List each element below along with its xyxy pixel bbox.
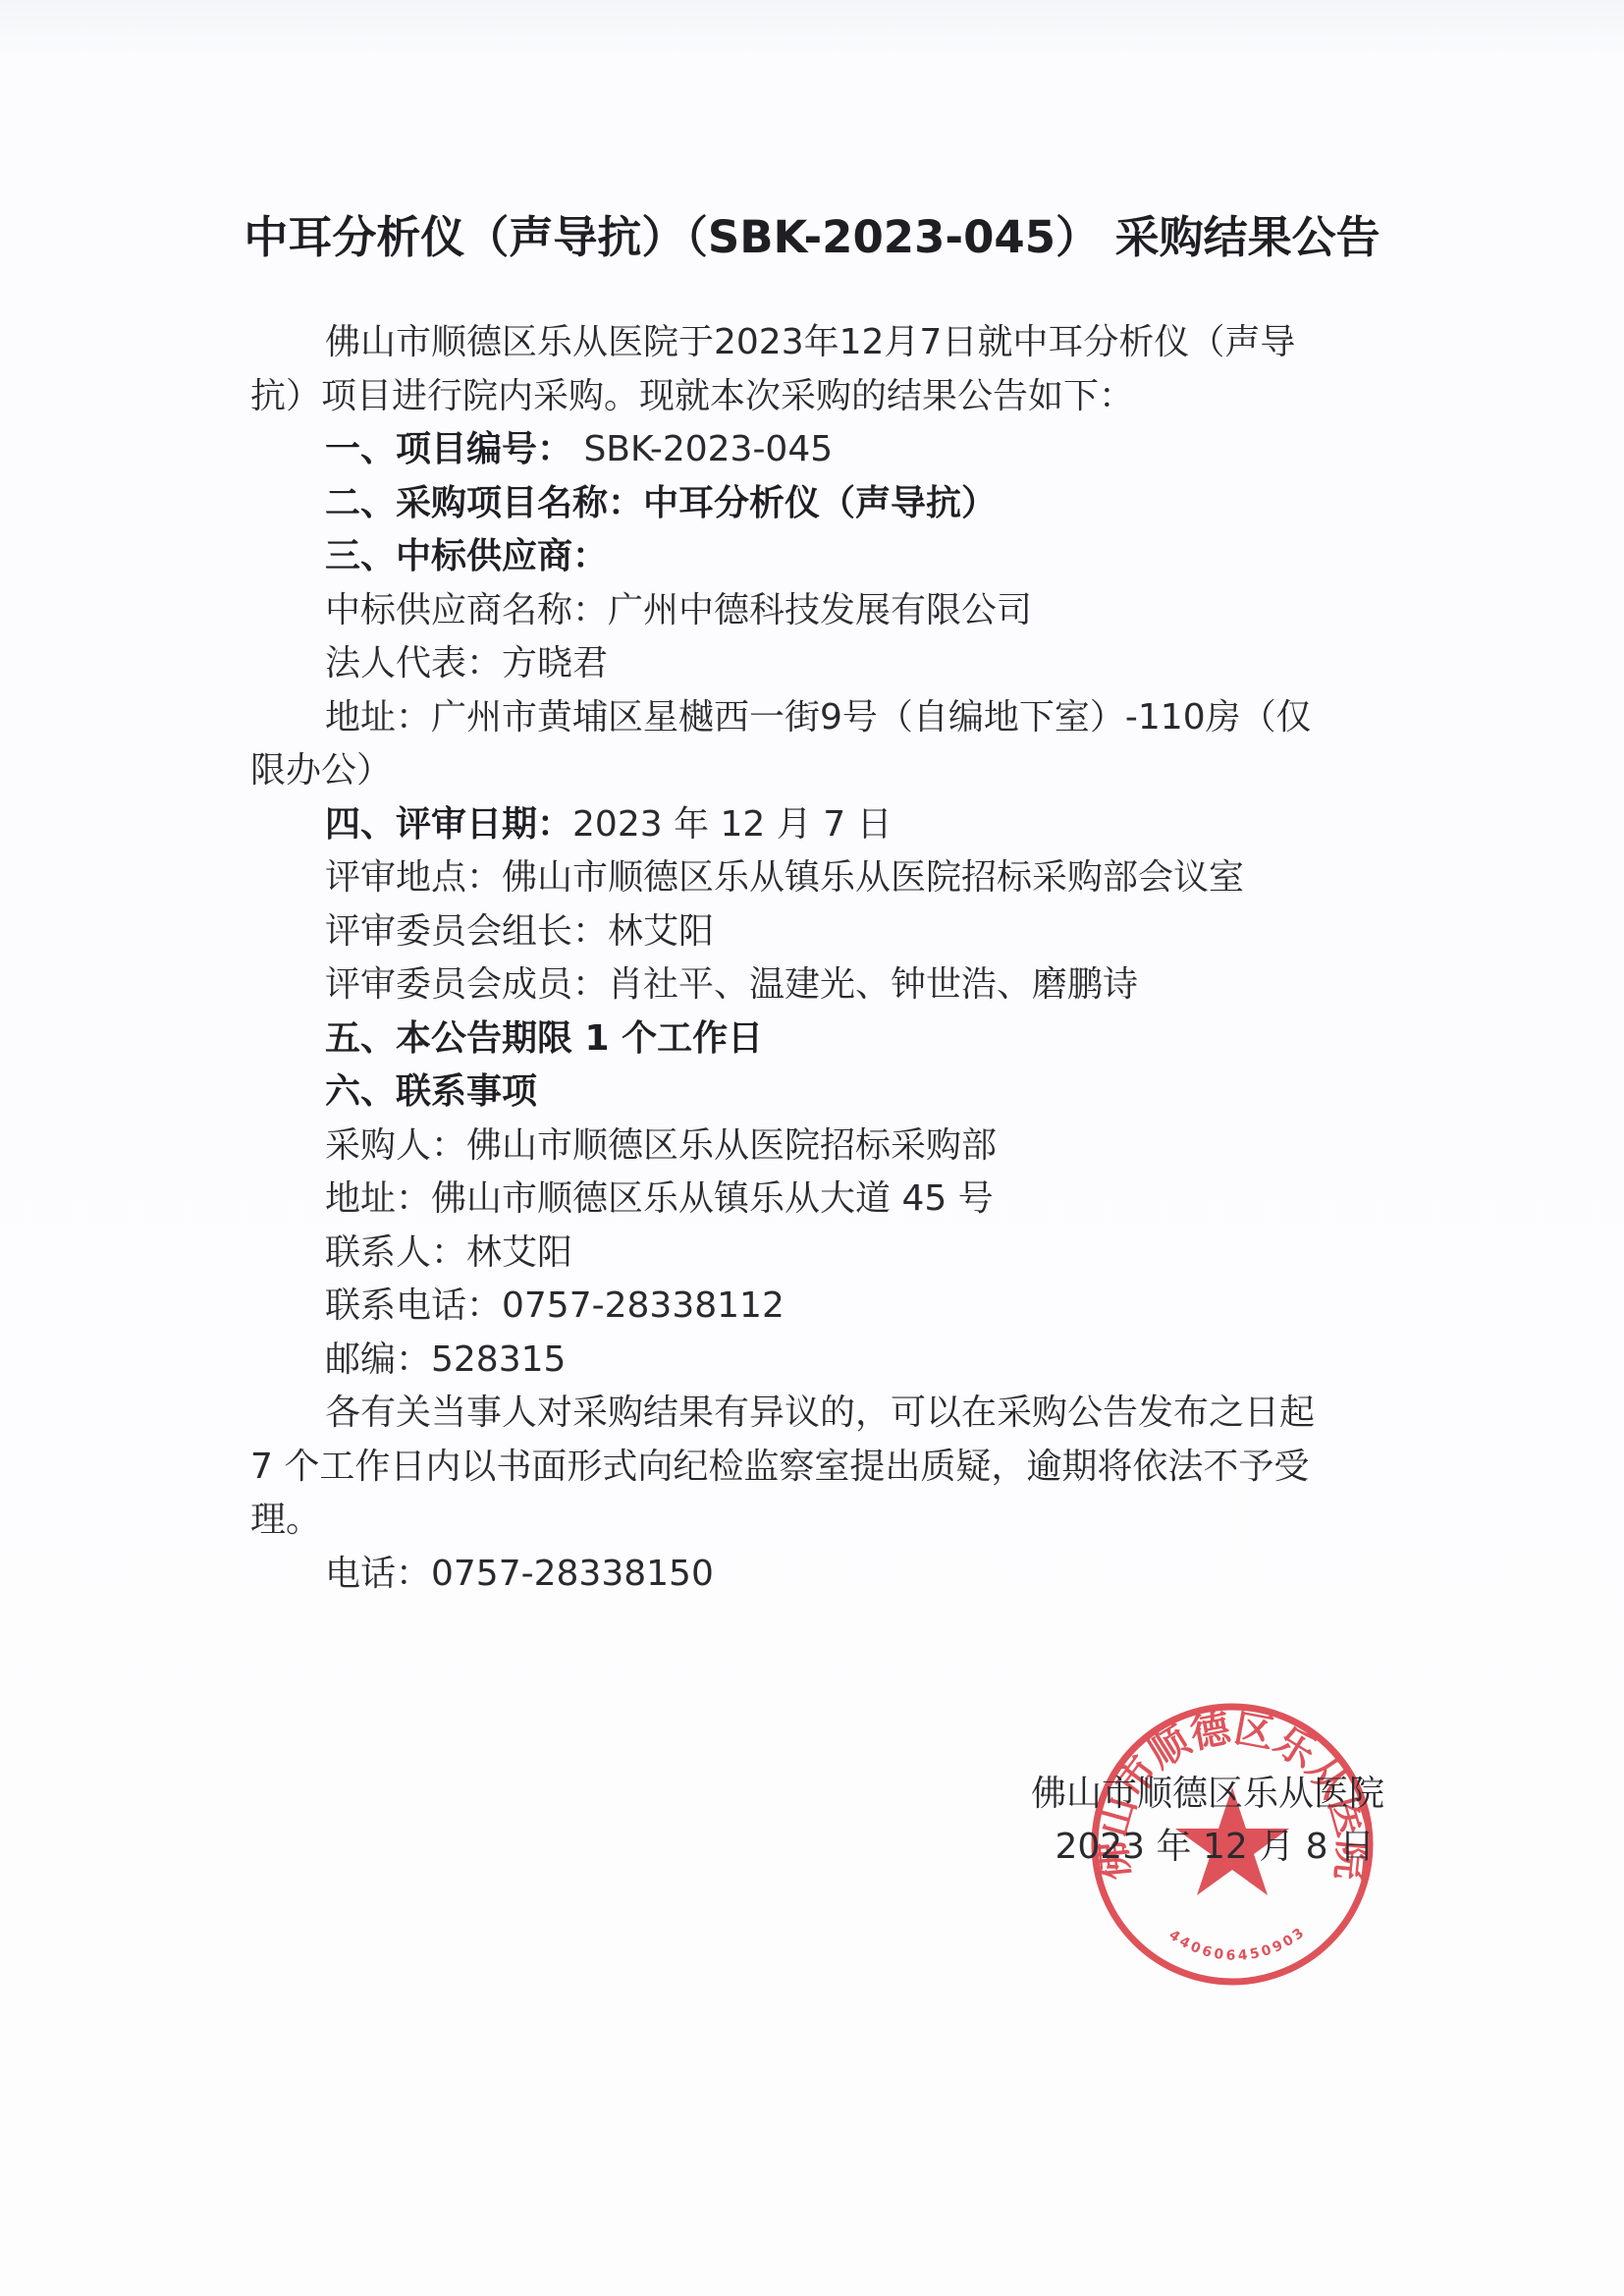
section-winning-supplier: 三、中标供应商： xyxy=(250,530,1389,584)
review-location: 评审地点：佛山市顺德区乐从镇乐从医院招标采购部会议室 xyxy=(250,851,1389,905)
section-contact: 六、联系事项 xyxy=(250,1066,1389,1120)
document-body: 佛山市顺德区乐从医院于2023年12月7日就中耳分析仪（声导 抗）项目进行院内采… xyxy=(250,316,1389,1601)
svg-text:440606450903: 440606450903 xyxy=(1165,1924,1309,1964)
review-date-value: 2023 年 12 月 7 日 xyxy=(572,804,893,845)
section-project-name: 二、采购项目名称：中耳分析仪（声导抗） xyxy=(250,477,1389,531)
purchaser: 采购人：佛山市顺德区乐从医院招标采购部 xyxy=(250,1120,1389,1174)
contact-person: 联系人：林艾阳 xyxy=(250,1227,1389,1281)
objection-line-3: 理。 xyxy=(250,1494,1389,1548)
section-project-number: 一、项目编号： SBK-2023-045 xyxy=(250,423,1389,477)
contact-phone: 联系电话：0757-28338112 xyxy=(250,1280,1389,1334)
document-page: 中耳分析仪（声导抗）（SBK-2023-045） 采购结果公告 佛山市顺德区乐从… xyxy=(0,0,1624,2296)
intro-line-1: 佛山市顺德区乐从医院于2023年12月7日就中耳分析仪（声导 xyxy=(250,316,1389,370)
supplier-name: 中标供应商名称：广州中德科技发展有限公司 xyxy=(250,584,1389,638)
section-heading: 四、评审日期： xyxy=(325,804,572,845)
purchaser-address: 地址：佛山市顺德区乐从镇乐从大道 45 号 xyxy=(250,1173,1389,1227)
section-review-date: 四、评审日期：2023 年 12 月 7 日 xyxy=(250,798,1389,852)
signature-block: 佛山市顺德区乐从医院 2023 年 12 月 8 日 xyxy=(1031,1768,1384,1874)
committee-members: 评审委员会成员：肖社平、温建光、钟世浩、磨鹏诗 xyxy=(250,958,1389,1012)
objection-line-2: 7 个工作日内以书面形式向纪检监察室提出质疑，逾期将依法不予受 xyxy=(250,1441,1389,1495)
signature-organization: 佛山市顺德区乐从医院 xyxy=(1031,1768,1384,1821)
supplier-address-line-1: 地址：广州市黄埔区星樾西一街9号（自编地下室）-110房（仅 xyxy=(250,691,1389,745)
project-number-value: SBK-2023-045 xyxy=(572,429,833,469)
objection-line-1: 各有关当事人对采购结果有异议的，可以在采购公告发布之日起 xyxy=(250,1387,1389,1441)
intro-line-2: 抗）项目进行院内采购。现就本次采购的结果公告如下： xyxy=(250,370,1389,424)
section-notice-period: 五、本公告期限 1 个工作日 xyxy=(250,1012,1389,1066)
signature-date: 2023 年 12 月 8 日 xyxy=(1031,1821,1384,1874)
supplier-address-line-2: 限办公） xyxy=(250,744,1389,798)
committee-leader: 评审委员会组长：林艾阳 xyxy=(250,905,1389,959)
legal-representative: 法人代表：方晓君 xyxy=(250,637,1389,691)
objection-phone: 电话：0757-28338150 xyxy=(250,1548,1389,1602)
section-heading: 一、项目编号： xyxy=(325,429,572,469)
document-title: 中耳分析仪（声导抗）（SBK-2023-045） 采购结果公告 xyxy=(0,201,1624,265)
postcode: 邮编：528315 xyxy=(250,1334,1389,1388)
